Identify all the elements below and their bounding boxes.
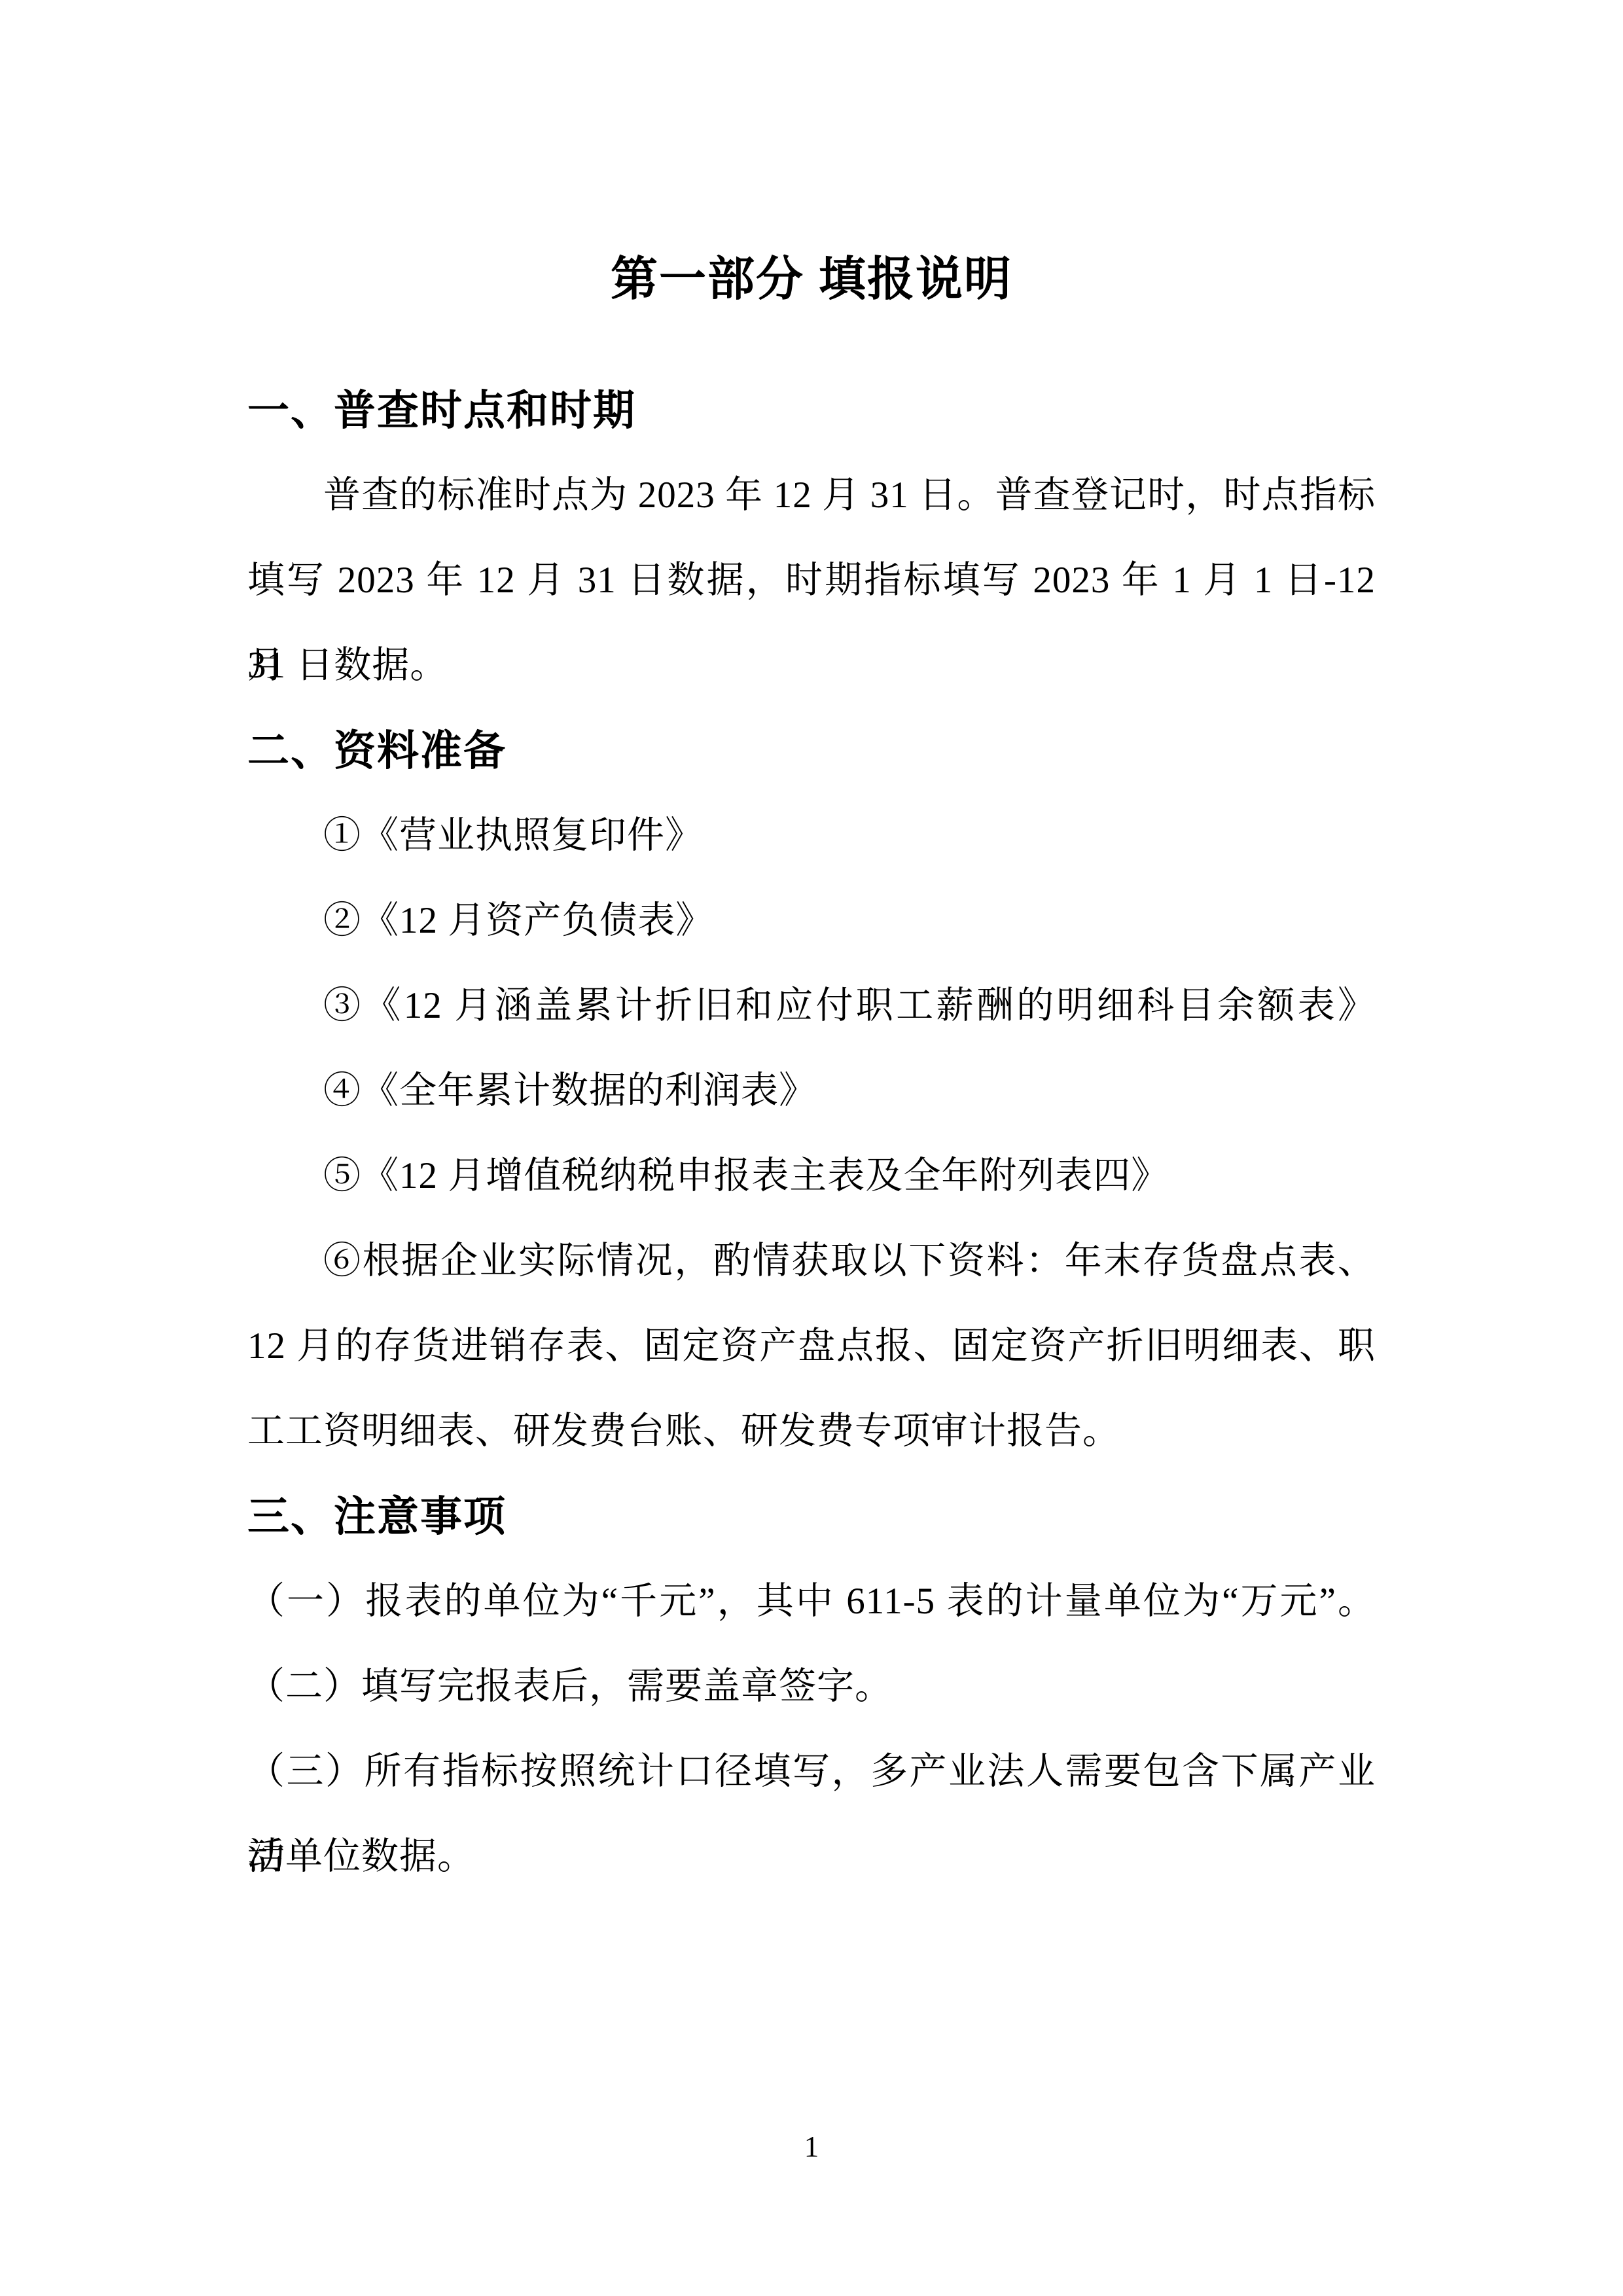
section2-item6-line2: 12 月的存货进销存表、固定资产盘点报、固定资产折旧明细表、职 xyxy=(247,1304,1376,1389)
document-page: 第一部分 填报说明 一、普查时点和时期 普查的标准时点为 2023 年 12 月… xyxy=(0,0,1623,2296)
section2-item6-line3: 工工资明细表、研发费台账、研发费专项审计报告。 xyxy=(247,1389,1376,1474)
section2-item2: ②《12 月资产负债表》 xyxy=(247,878,1376,963)
section1-para-line3: 31 日数据。 xyxy=(247,623,1376,708)
section3-note2: （二）填写完报表后，需要盖章签字。 xyxy=(247,1644,1376,1729)
page-number: 1 xyxy=(0,2127,1623,2166)
section1-para-line1: 普查的标准时点为 2023 年 12 月 31 日。普查登记时，时点指标 xyxy=(247,453,1376,538)
section2-item3: ③《12 月涵盖累计折旧和应付职工薪酬的明细科目余额表》 xyxy=(247,963,1376,1049)
section2-item5: ⑤《12 月增值税纳税申报表主表及全年附列表四》 xyxy=(247,1134,1376,1219)
page-title: 第一部分 填报说明 xyxy=(247,234,1376,325)
section2-heading: 二、资料准备 xyxy=(247,708,1376,793)
section2-item6-line1: ⑥根据企业实际情况，酌情获取以下资料：年末存货盘点表、 xyxy=(247,1219,1376,1304)
section2-item4: ④《全年累计数据的利润表》 xyxy=(247,1049,1376,1134)
section3-note1: （一）报表的单位为“千元”，其中 611-5 表的计量单位为“万元”。 xyxy=(247,1559,1376,1644)
section1-heading: 一、普查时点和时期 xyxy=(247,368,1376,453)
section2-item1: ①《营业执照复印件》 xyxy=(247,793,1376,878)
section3-note3-line2: 动单位数据。 xyxy=(247,1814,1376,1899)
section3-heading: 三、注意事项 xyxy=(247,1474,1376,1559)
